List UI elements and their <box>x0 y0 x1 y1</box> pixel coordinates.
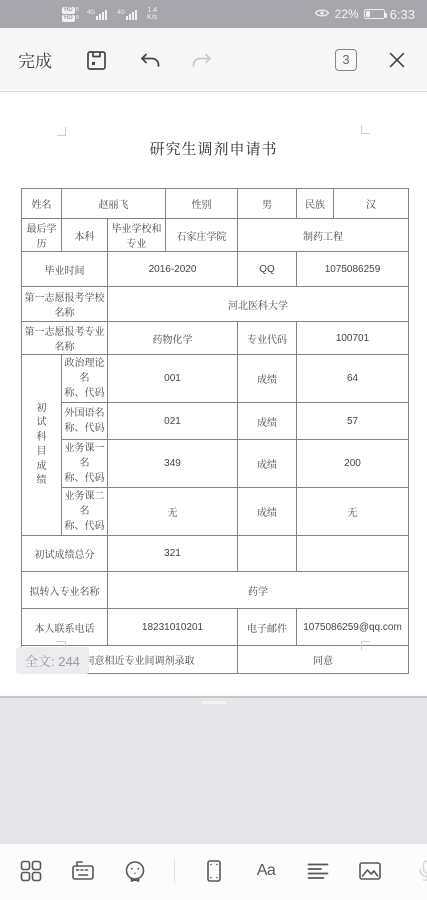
close-icon[interactable] <box>385 48 409 72</box>
phone-label-cell[interactable]: 本人联系电话 <box>22 609 108 646</box>
margin-mark-icon <box>361 125 370 134</box>
first-major-value-cell[interactable]: 药物化学 <box>108 322 238 355</box>
qq-value-cell[interactable]: 1075086259 <box>297 252 409 287</box>
email-label-cell[interactable]: 电子邮件 <box>238 609 297 646</box>
total-value-cell[interactable]: 321 <box>108 536 238 572</box>
table-row: 初试成绩总分 321 <box>22 536 409 572</box>
table-row: 初 试 科 目 成 绩 政治理论名 称、代码 001 成绩 64 <box>22 355 409 403</box>
grad-time-label-cell[interactable]: 毕业时间 <box>22 252 108 287</box>
course2-score-cell[interactable]: 无 <box>297 488 409 536</box>
table-row: 业务课二名 称、代码 无 成绩 无 <box>22 488 409 536</box>
table-row: 毕业时间 2016-2020 QQ 1075086259 <box>22 252 409 287</box>
major-code-label-cell[interactable]: 专业代码 <box>238 322 297 355</box>
table-row: 第一志愿报考专业名称 药物化学 专业代码 100701 <box>22 322 409 355</box>
hd-icon: HD <box>62 15 75 22</box>
tools-grid-icon[interactable] <box>18 858 44 884</box>
network-speed: 1.4 K/s <box>147 7 157 21</box>
undo-icon[interactable] <box>138 48 162 72</box>
table-row: 拟转入专业名称 药学 <box>22 572 409 609</box>
score-label-cell[interactable]: 成绩 <box>238 440 297 488</box>
total-label-cell[interactable]: 初试成绩总分 <box>22 536 108 572</box>
hd-icon: HD <box>62 7 75 14</box>
first-major-label-cell[interactable]: 第一志愿报考专业名称 <box>22 322 108 355</box>
signal-icon-sim2: 4G <box>117 8 139 20</box>
emoji-icon[interactable] <box>122 858 148 884</box>
phone-value-cell[interactable]: 18231010201 <box>108 609 238 646</box>
name-label-cell[interactable]: 姓名 <box>22 189 62 219</box>
table-row: 本人联系电话 18231010201 电子邮件 1075086259@qq.co… <box>22 609 409 646</box>
ethnicity-value-cell[interactable]: 汉 <box>334 189 409 219</box>
education-value-cell[interactable]: 本科 <box>62 219 108 252</box>
save-icon[interactable] <box>84 48 108 72</box>
education-label-cell[interactable]: 最后学历 <box>22 219 62 252</box>
battery-percent: 22% <box>335 7 359 21</box>
battery-icon <box>364 9 385 19</box>
politics-label-cell[interactable]: 政治理论名 称、代码 <box>62 355 108 403</box>
name-value-cell[interactable]: 赵丽飞 <box>62 189 166 219</box>
editor-toolbar: 完成 3 <box>0 28 427 92</box>
table-row: 外国语名 称、代码 021 成绩 57 <box>22 403 409 440</box>
course2-label-cell[interactable]: 业务课二名 称、代码 <box>62 488 108 536</box>
status-bar: HD B HD B 4G 4G <box>0 0 427 28</box>
application-form-table: 姓名 赵丽飞 性别 男 民族 汉 最后学历 本科 毕业学校和专业 石家庄学院 制… <box>21 188 409 674</box>
transfer-value-cell[interactable]: 药学 <box>108 572 409 609</box>
done-button[interactable]: 完成 <box>18 47 52 72</box>
empty-cell[interactable] <box>297 536 409 572</box>
major-value-cell[interactable]: 制药工程 <box>238 219 409 252</box>
font-style-icon[interactable]: Aa <box>253 858 279 884</box>
bottom-toolbar: Aa <box>0 843 427 898</box>
status-right: 22% 6:33 <box>314 7 415 22</box>
transfer-label-cell[interactable]: 拟转入专业名称 <box>22 572 108 609</box>
politics-score-cell[interactable]: 64 <box>297 355 409 403</box>
course1-label-cell[interactable]: 业务课一名 称、代码 <box>62 440 108 488</box>
foreign-score-cell[interactable]: 57 <box>297 403 409 440</box>
status-left: HD B HD B 4G 4G <box>62 7 157 22</box>
keyboard-icon[interactable] <box>70 858 96 884</box>
first-school-label-cell[interactable]: 第一志愿报考学校名称 <box>22 287 108 322</box>
toolbar-divider <box>174 859 175 883</box>
foreign-label-cell[interactable]: 外国语名 称、代码 <box>62 403 108 440</box>
course2-code-cell[interactable]: 无 <box>108 488 238 536</box>
word-count-badge: 全文: 244 <box>16 647 89 674</box>
canvas-background <box>0 698 427 843</box>
margin-mark-icon <box>57 127 66 136</box>
margin-mark-icon <box>361 641 370 650</box>
table-row: 姓名 赵丽飞 性别 男 民族 汉 <box>22 189 409 219</box>
table-row: 最后学历 本科 毕业学校和专业 石家庄学院 制药工程 <box>22 219 409 252</box>
exam-section-label-cell[interactable]: 初 试 科 目 成 绩 <box>22 355 62 536</box>
qq-label-cell[interactable]: QQ <box>238 252 297 287</box>
clock: 6:33 <box>390 7 415 22</box>
table-row: 业务课一名 称、代码 349 成绩 200 <box>22 440 409 488</box>
email-value-cell[interactable]: 1075086259@qq.com <box>297 609 409 646</box>
image-icon[interactable] <box>357 858 383 884</box>
table-row: 第一志愿报考学校名称 河北医科大学 <box>22 287 409 322</box>
eye-comfort-icon <box>314 7 330 21</box>
school-major-label-cell[interactable]: 毕业学校和专业 <box>108 219 166 252</box>
grad-time-value-cell[interactable]: 2016-2020 <box>108 252 238 287</box>
gender-value-cell[interactable]: 男 <box>238 189 297 219</box>
major-code-value-cell[interactable]: 100701 <box>297 322 409 355</box>
gender-label-cell[interactable]: 性别 <box>166 189 238 219</box>
first-school-value-cell[interactable]: 河北医科大学 <box>108 287 409 322</box>
microphone-icon[interactable] <box>414 858 427 884</box>
paragraph-align-icon[interactable] <box>305 858 331 884</box>
politics-code-cell[interactable]: 001 <box>108 355 238 403</box>
phone-screen: HD B HD B 4G 4G <box>0 0 427 900</box>
volte-hd-icons: HD B HD B <box>62 7 79 22</box>
school-value-cell[interactable]: 石家庄学院 <box>166 219 238 252</box>
page-number-button[interactable]: 3 <box>335 49 357 71</box>
course1-score-cell[interactable]: 200 <box>297 440 409 488</box>
course1-code-cell[interactable]: 349 <box>108 440 238 488</box>
drag-handle <box>201 701 227 704</box>
agree-value-cell[interactable]: 同意 <box>238 646 409 674</box>
redo-icon[interactable] <box>190 48 214 72</box>
empty-cell[interactable] <box>238 536 297 572</box>
foreign-code-cell[interactable]: 021 <box>108 403 238 440</box>
ethnicity-label-cell[interactable]: 民族 <box>297 189 334 219</box>
page-setup-icon[interactable] <box>201 858 227 884</box>
signal-icon-sim1: 4G <box>87 8 109 20</box>
document-page[interactable]: 研究生调剂申请书 姓名 赵丽飞 性别 男 民族 汉 最后学历 本科 毕业学校和专… <box>0 92 427 693</box>
score-label-cell[interactable]: 成绩 <box>238 355 297 403</box>
score-label-cell[interactable]: 成绩 <box>238 488 297 536</box>
score-label-cell[interactable]: 成绩 <box>238 403 297 440</box>
